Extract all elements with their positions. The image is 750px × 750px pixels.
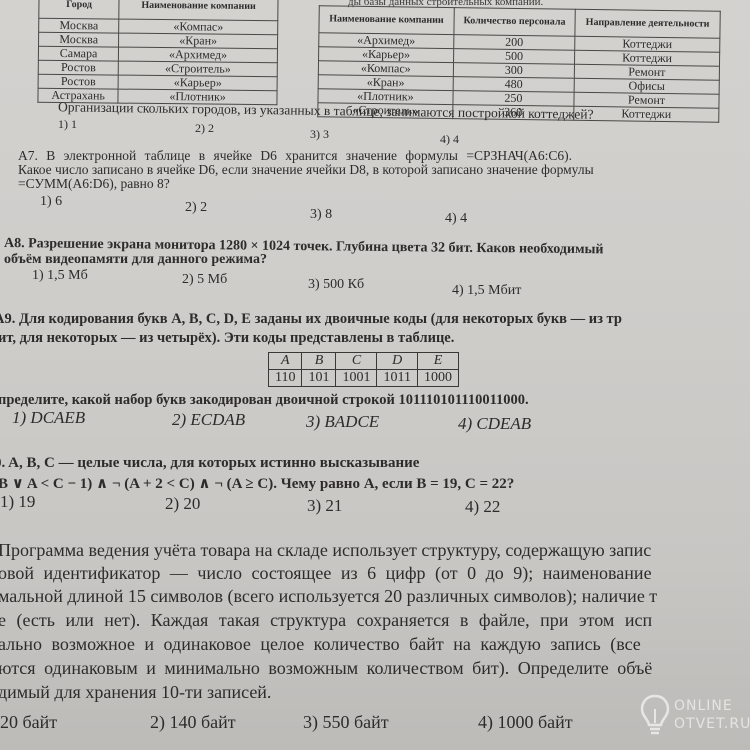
watermark-line-2: OTVET.RU (674, 717, 750, 732)
a11-line: мальной длиной 15 символов (всего исполь… (0, 586, 657, 607)
col-header: Город (39, 0, 120, 19)
table-cell: Ростов (38, 60, 118, 75)
a11-line: овой идентификатор — число состоящее из … (0, 563, 652, 584)
col-header: Наименование компании (319, 6, 454, 35)
a10-line-2: B ∨ A < C − 1) ∧ ¬ (A + 2 < C) ∧ ¬ (A ≥ … (0, 474, 514, 493)
table-cell: Самара (38, 46, 118, 61)
a11-option-1: 20 байт (0, 712, 57, 733)
table-cell: Москва (39, 18, 119, 33)
code-value: 1011 (377, 370, 417, 387)
a7-option-1: 1) 6 (40, 194, 62, 210)
col-header: Количество персонала (454, 8, 576, 37)
a8-option-4: 4) 1,5 Мбит (452, 283, 521, 299)
code-letter: B (302, 353, 336, 370)
table-cell: Ростов (38, 74, 118, 89)
a7-option-3: 3) 8 (310, 207, 332, 223)
a11-line: димый для хранения 10-ти записей. (0, 682, 271, 703)
a11-option-4: 4) 1000 байт (478, 712, 573, 733)
a7-option-4: 4) 4 (445, 211, 467, 227)
a10-option-1: 1) 19 (0, 492, 35, 512)
table-cell: Коттеджи (574, 106, 719, 122)
a10-option-4: 4) 22 (465, 497, 500, 517)
a6-option-1: 1) 1 (58, 117, 77, 132)
a9-option-2: 2) ECDAB (172, 410, 245, 430)
a7-option-2: 2) 2 (185, 200, 207, 216)
code-letter: A (269, 353, 302, 370)
a6-option-4: 4) 4 (440, 132, 459, 147)
a7-line-3: =СУММ(A6:D6), равно 8? (18, 176, 170, 192)
a9-line-2: ит, для некоторых — из четырёх). Эти код… (0, 330, 454, 347)
code-value: 110 (269, 370, 302, 387)
code-letter: C (336, 353, 377, 370)
a10-option-2: 2) 20 (165, 494, 200, 514)
a11-option-3: 3) 550 байт (303, 712, 389, 733)
code-letter: E (417, 353, 458, 370)
code-letter: D (377, 353, 417, 370)
code-value: 1001 (336, 370, 377, 387)
a9-line-3: пределите, какой набор букв закодирован … (0, 392, 529, 409)
a11-line: ально возможное и одинаковое целое колич… (0, 634, 641, 655)
a9-option-1: 1) DCAEB (12, 408, 85, 428)
watermark-line-1: ONLINE (674, 699, 733, 714)
lightbulb-icon (640, 693, 670, 739)
a8-line-2: объём видеопамяти для данного режима? (4, 252, 267, 268)
a9-option-3: 3) BADCE (306, 412, 379, 432)
cities-table: Город Наименование компании Москва«Компа… (37, 0, 278, 105)
a11-line: е (есть или нет). Каждая такая структура… (0, 610, 652, 631)
a6-option-2: 2) 2 (195, 121, 214, 136)
a8-option-3: 3) 500 Кб (308, 277, 364, 293)
code-value: 1000 (417, 370, 458, 387)
col-header: Наименование компании (119, 0, 278, 21)
code-value: 101 (302, 370, 336, 387)
a11-line: Программа ведения учёта товара на складе… (0, 540, 651, 561)
a6-option-3: 3) 3 (310, 127, 329, 142)
col-header: Направление деятельности (575, 9, 720, 38)
a11-option-2: 2) 140 байт (150, 712, 236, 733)
table-cell: Москва (39, 32, 119, 47)
a9-line-1: А9. Для кодирования букв A, B, C, D, E з… (0, 311, 622, 328)
a11-line: ются одинаковым и минимально возможным к… (0, 658, 652, 679)
binary-codes-table: ABCDE 110101100110111000 (268, 352, 459, 387)
a8-option-2: 2) 5 Мб (182, 272, 227, 288)
a9-option-4: 4) CDEAB (458, 414, 531, 434)
a10-line-1: 0. A, B, C — целые числа, для которых ис… (0, 455, 419, 472)
a10-option-3: 3) 21 (307, 496, 342, 516)
a8-option-1: 1) 1,5 Мб (32, 268, 88, 284)
photo-page: ды базы данных строительных компаний. Го… (0, 0, 750, 750)
